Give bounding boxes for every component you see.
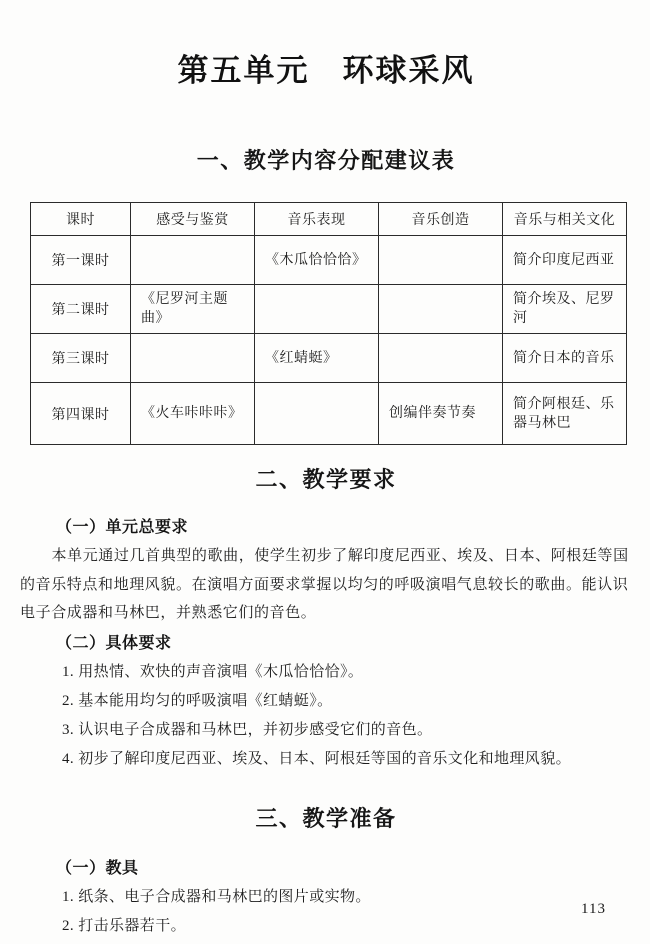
table-cell: [379, 334, 503, 383]
table-cell: [131, 236, 255, 285]
table-cell: 创编伴奏节奏: [379, 383, 503, 445]
table-cell: 第三课时: [31, 334, 131, 383]
list-item: 4. 初步了解印度尼西亚、埃及、日本、阿根廷等国的音乐文化和地理风貌。: [62, 745, 632, 774]
table-row: 第三课时 《红蜻蜓》 简介日本的音乐: [31, 334, 627, 383]
table-cell: [131, 334, 255, 383]
section-heading-allocation: 一、教学内容分配建议表: [20, 146, 632, 176]
table-header-cell: 音乐与相关文化: [503, 203, 627, 236]
table-header-cell: 感受与鉴赏: [131, 203, 255, 236]
table-cell: 简介埃及、尼罗河: [503, 285, 627, 334]
allocation-table: 课时 感受与鉴赏 音乐表现 音乐创造 音乐与相关文化 第一课时 《木瓜恰恰恰》 …: [30, 202, 627, 445]
table-row: 第一课时 《木瓜恰恰恰》 简介印度尼西亚: [31, 236, 627, 285]
table-cell: 第二课时: [31, 285, 131, 334]
table-cell: 简介日本的音乐: [503, 334, 627, 383]
unit-overall-paragraph: 本单元通过几首典型的歌曲，使学生初步了解印度尼西亚、埃及、日本、阿根廷等国 的音…: [20, 542, 632, 628]
table-cell: 第四课时: [31, 383, 131, 445]
table-cell: [379, 285, 503, 334]
subheading-teaching-aids: （一）教具: [56, 858, 632, 880]
document-page: 第五单元 环球采风 一、教学内容分配建议表 课时 感受与鉴赏 音乐表现 音乐创造…: [0, 0, 650, 944]
table-cell: 《红蜻蜓》: [255, 334, 379, 383]
section-heading-preparation: 三、教学准备: [20, 804, 632, 834]
table-header-cell: 音乐表现: [255, 203, 379, 236]
list-item: 2. 打击乐器若干。: [62, 912, 632, 941]
list-item: 3. 认识电子合成器和马林巴，并初步感受它们的音色。: [62, 716, 632, 745]
specific-requirements-list: 1. 用热情、欢快的声音演唱《木瓜恰恰恰》。 2. 基本能用均匀的呼吸演唱《红蜻…: [62, 658, 632, 774]
table-row: 第二课时 《尼罗河主题曲》 简介埃及、尼罗河: [31, 285, 627, 334]
teaching-aids-list: 1. 纸条、电子合成器和马林巴的图片或实物。 2. 打击乐器若干。: [62, 883, 632, 941]
section-heading-requirements: 二、教学要求: [20, 465, 632, 495]
table-cell: 《木瓜恰恰恰》: [255, 236, 379, 285]
subheading-unit-overall: （一）单元总要求: [56, 517, 632, 539]
table-row: 第四课时 《火车咔咔咔》 创编伴奏节奏 简介阿根廷、乐器马林巴: [31, 383, 627, 445]
list-item: 2. 基本能用均匀的呼吸演唱《红蜻蜓》。: [62, 687, 632, 716]
table-header-cell: 课时: [31, 203, 131, 236]
list-item: 1. 纸条、电子合成器和马林巴的图片或实物。: [62, 883, 632, 912]
table-cell: [255, 383, 379, 445]
subheading-specific-requirements: （二）具体要求: [56, 633, 632, 655]
page-number: 113: [581, 901, 606, 918]
paragraph-line: 电子合成器和马林巴，并熟悉它们的音色。: [20, 599, 632, 628]
table-cell: 第一课时: [31, 236, 131, 285]
unit-title: 第五单元 环球采风: [20, 52, 632, 90]
table-cell: 简介阿根廷、乐器马林巴: [503, 383, 627, 445]
table-cell: [379, 236, 503, 285]
paragraph-line: 的音乐特点和地理风貌。在演唱方面要求掌握以均匀的呼吸演唱气息较长的歌曲。能认识: [20, 571, 632, 600]
table-header-cell: 音乐创造: [379, 203, 503, 236]
paragraph-line: 本单元通过几首典型的歌曲，使学生初步了解印度尼西亚、埃及、日本、阿根廷等国: [20, 542, 632, 571]
table-header-row: 课时 感受与鉴赏 音乐表现 音乐创造 音乐与相关文化: [31, 203, 627, 236]
table-cell: [255, 285, 379, 334]
list-item: 1. 用热情、欢快的声音演唱《木瓜恰恰恰》。: [62, 658, 632, 687]
table-cell: 《火车咔咔咔》: [131, 383, 255, 445]
table-cell: 《尼罗河主题曲》: [131, 285, 255, 334]
table-cell: 简介印度尼西亚: [503, 236, 627, 285]
